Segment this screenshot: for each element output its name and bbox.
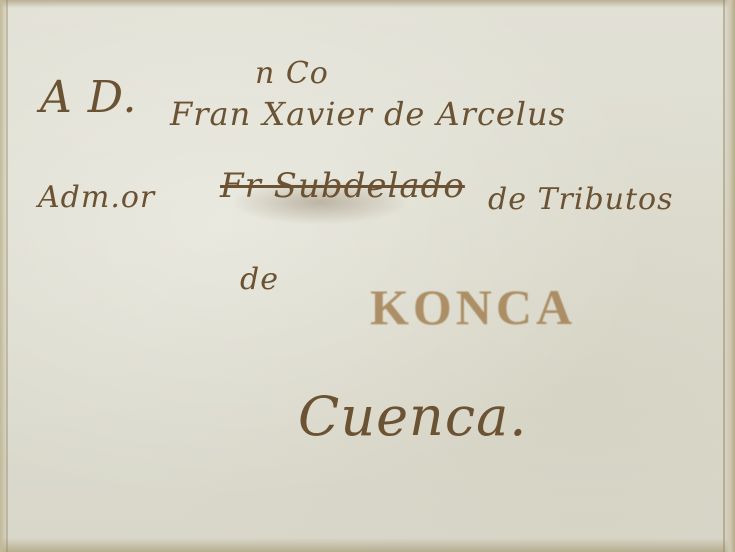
fold-line-right <box>723 0 725 552</box>
preposition-de: de <box>240 262 279 297</box>
title-administrator: Adm.or <box>38 180 155 215</box>
struck-word: Fr Subdelado <box>220 166 465 206</box>
salutation-prefix: A D. <box>40 72 137 123</box>
title-tributos: de Tributos <box>488 182 673 217</box>
paper-edge-top <box>0 0 735 8</box>
superscript-co: n Co <box>255 56 329 91</box>
postmark-stamp: KONCA <box>370 278 576 336</box>
recipient-name: Fran Xavier de Arcelus <box>170 95 566 133</box>
fold-line-left <box>6 0 8 552</box>
letter-sheet: A D. n Co Fran Xavier de Arcelus Adm.or … <box>0 0 735 552</box>
destination-city: Cuenca. <box>298 385 527 448</box>
paper-edge-bottom <box>0 538 735 552</box>
